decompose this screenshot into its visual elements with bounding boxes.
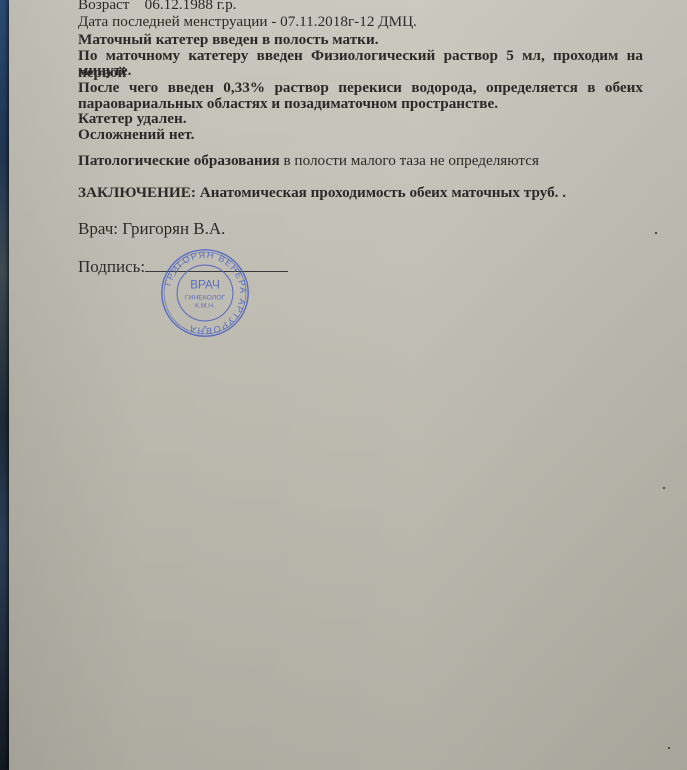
lmp-label: Дата последней менструации — [78, 13, 268, 30]
stamp-specialty: ГИНЕКОЛОГ — [185, 294, 226, 301]
conclusion-text: Анатомическая проходимость обеих маточны… — [196, 184, 566, 201]
age-value: 06.12.1988 г.р. — [145, 0, 237, 13]
complications-line: Осложнений нет. — [78, 126, 194, 143]
saline-line-2: минуте. — [78, 62, 131, 79]
signature-label: Подпись: — [78, 257, 145, 276]
paper-speck — [663, 487, 665, 489]
pathology-line: Патологические образования в полости мал… — [78, 152, 539, 169]
peroxide-line-1: После чего введен 0,33% раствор перекиси… — [78, 79, 643, 96]
saline-line-1: По маточному катетеру введен Физиологиче… — [78, 47, 643, 81]
paper-speck — [655, 232, 657, 234]
doctor-line: Врач: Григорян В.А. — [78, 220, 225, 237]
stamp-degree: К.М.Н. — [195, 302, 215, 309]
stamp-title: ВРАЧ — [190, 279, 219, 292]
pathology-bold: Патологические образования — [78, 152, 280, 169]
paper-speck — [668, 747, 670, 749]
conclusion-line: ЗАКЛЮЧЕНИЕ: Анатомическая проходимость о… — [78, 184, 566, 201]
pathology-normal: в полости малого таза не определяются — [280, 152, 539, 169]
catheter-removed-line: Катетер удален. — [78, 110, 187, 127]
catheter-inserted-line: Маточный катетер введен в полость матки. — [78, 31, 379, 48]
doctor-stamp: ГРИГОРЯН ВЕНЕРА АРТУРОВНА ВРАЧ ГИНЕКОЛОГ… — [160, 248, 250, 338]
conclusion-label: ЗАКЛЮЧЕНИЕ: — [78, 184, 196, 201]
age-label: Возраст — [78, 0, 129, 13]
age-line: Возраст 06.12.1988 г.р. — [78, 0, 236, 13]
lmp-line: Дата последней менструации - 07.11.2018г… — [78, 13, 417, 30]
lmp-value: - 07.11.2018г-12 ДМЦ. — [268, 13, 417, 30]
